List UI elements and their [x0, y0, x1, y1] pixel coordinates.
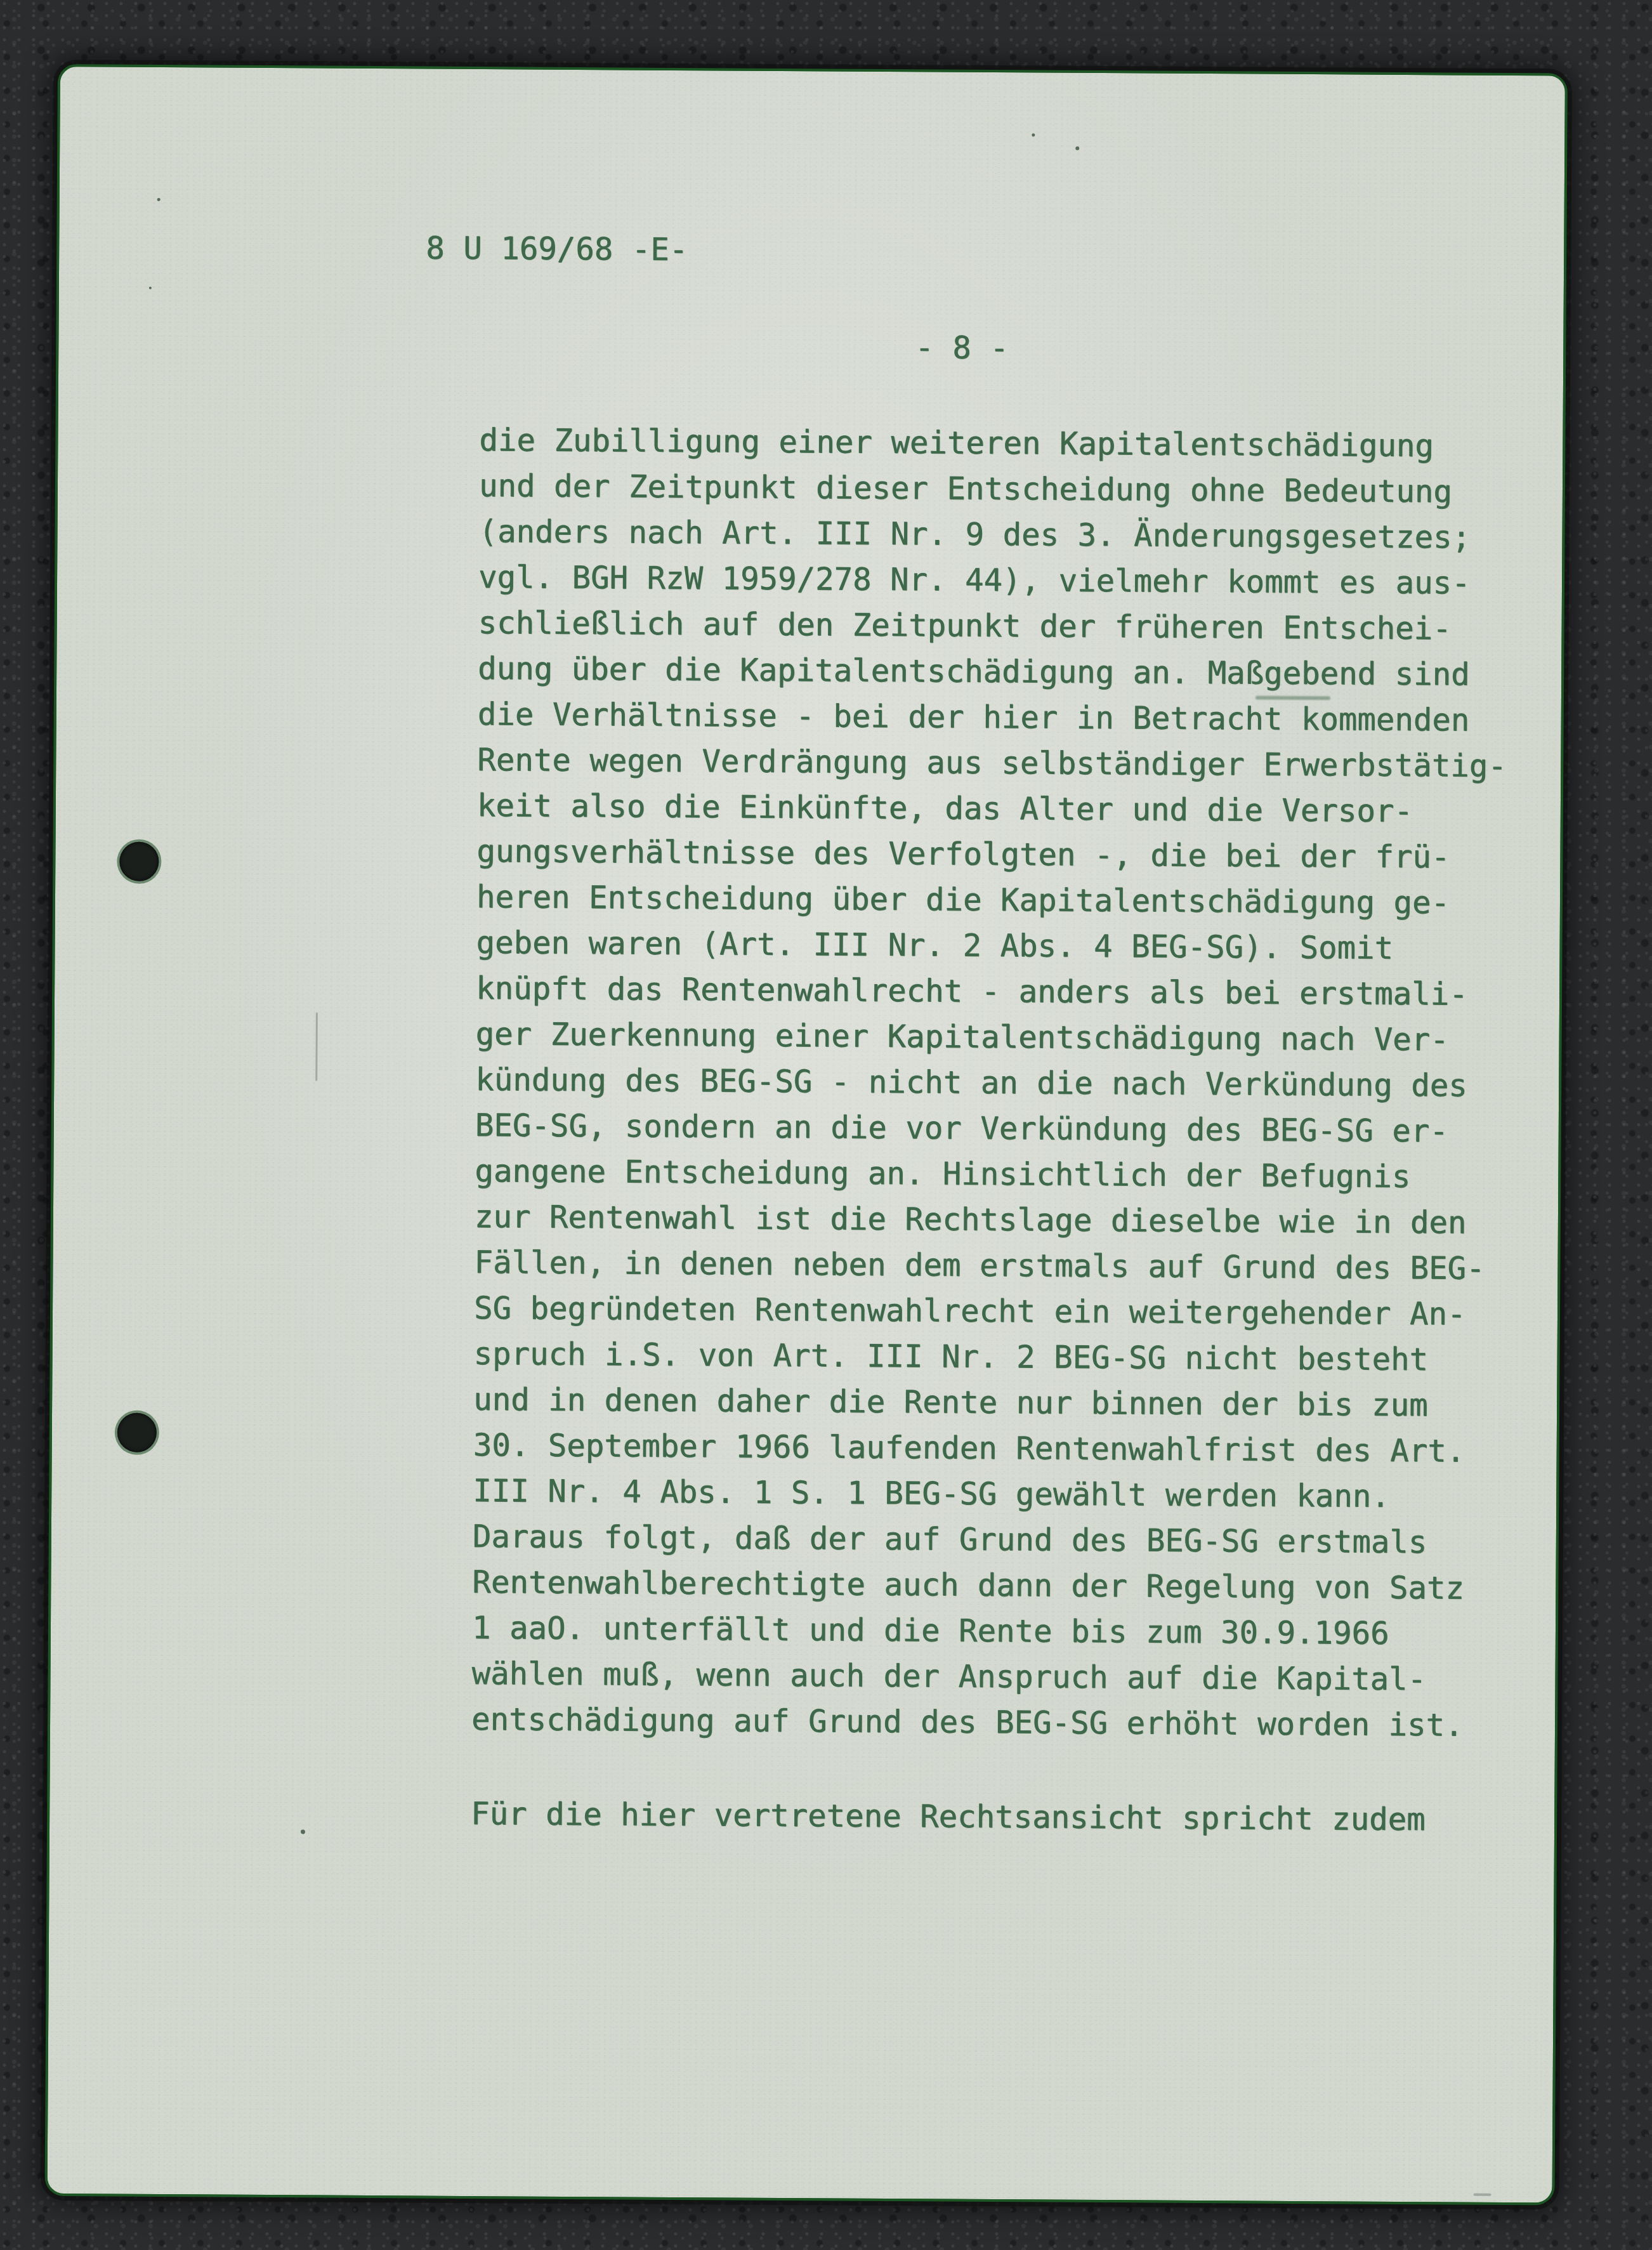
punch-hole-top: [119, 842, 159, 881]
typewriter-smudge: [1255, 696, 1330, 701]
case-reference: 8 U 169/68 -E-: [426, 226, 688, 273]
edge-mark-artifact: [1474, 2194, 1491, 2196]
paper-speck: [301, 1829, 305, 1834]
paper-speck: [149, 287, 152, 289]
document-page: 8 U 169/68 -E- - 8 - die Zubilligung ein…: [48, 67, 1565, 2202]
paper-speck: [157, 198, 161, 201]
pencil-line-artifact: [315, 1012, 318, 1081]
paper-speck: [1032, 133, 1035, 136]
paper-speck: [780, 1619, 783, 1622]
paper-speck: [1075, 147, 1079, 150]
punch-hole-bottom: [117, 1413, 157, 1452]
scan-background: 8 U 169/68 -E- - 8 - die Zubilligung ein…: [0, 0, 1652, 2250]
page-number: - 8 -: [915, 325, 1009, 371]
body-paragraph-closing: Für die hier vertretene Rechtsansicht sp…: [471, 1791, 1426, 1843]
body-paragraph-main: die Zubilligung einer weiteren Kapitalen…: [471, 418, 1509, 1749]
